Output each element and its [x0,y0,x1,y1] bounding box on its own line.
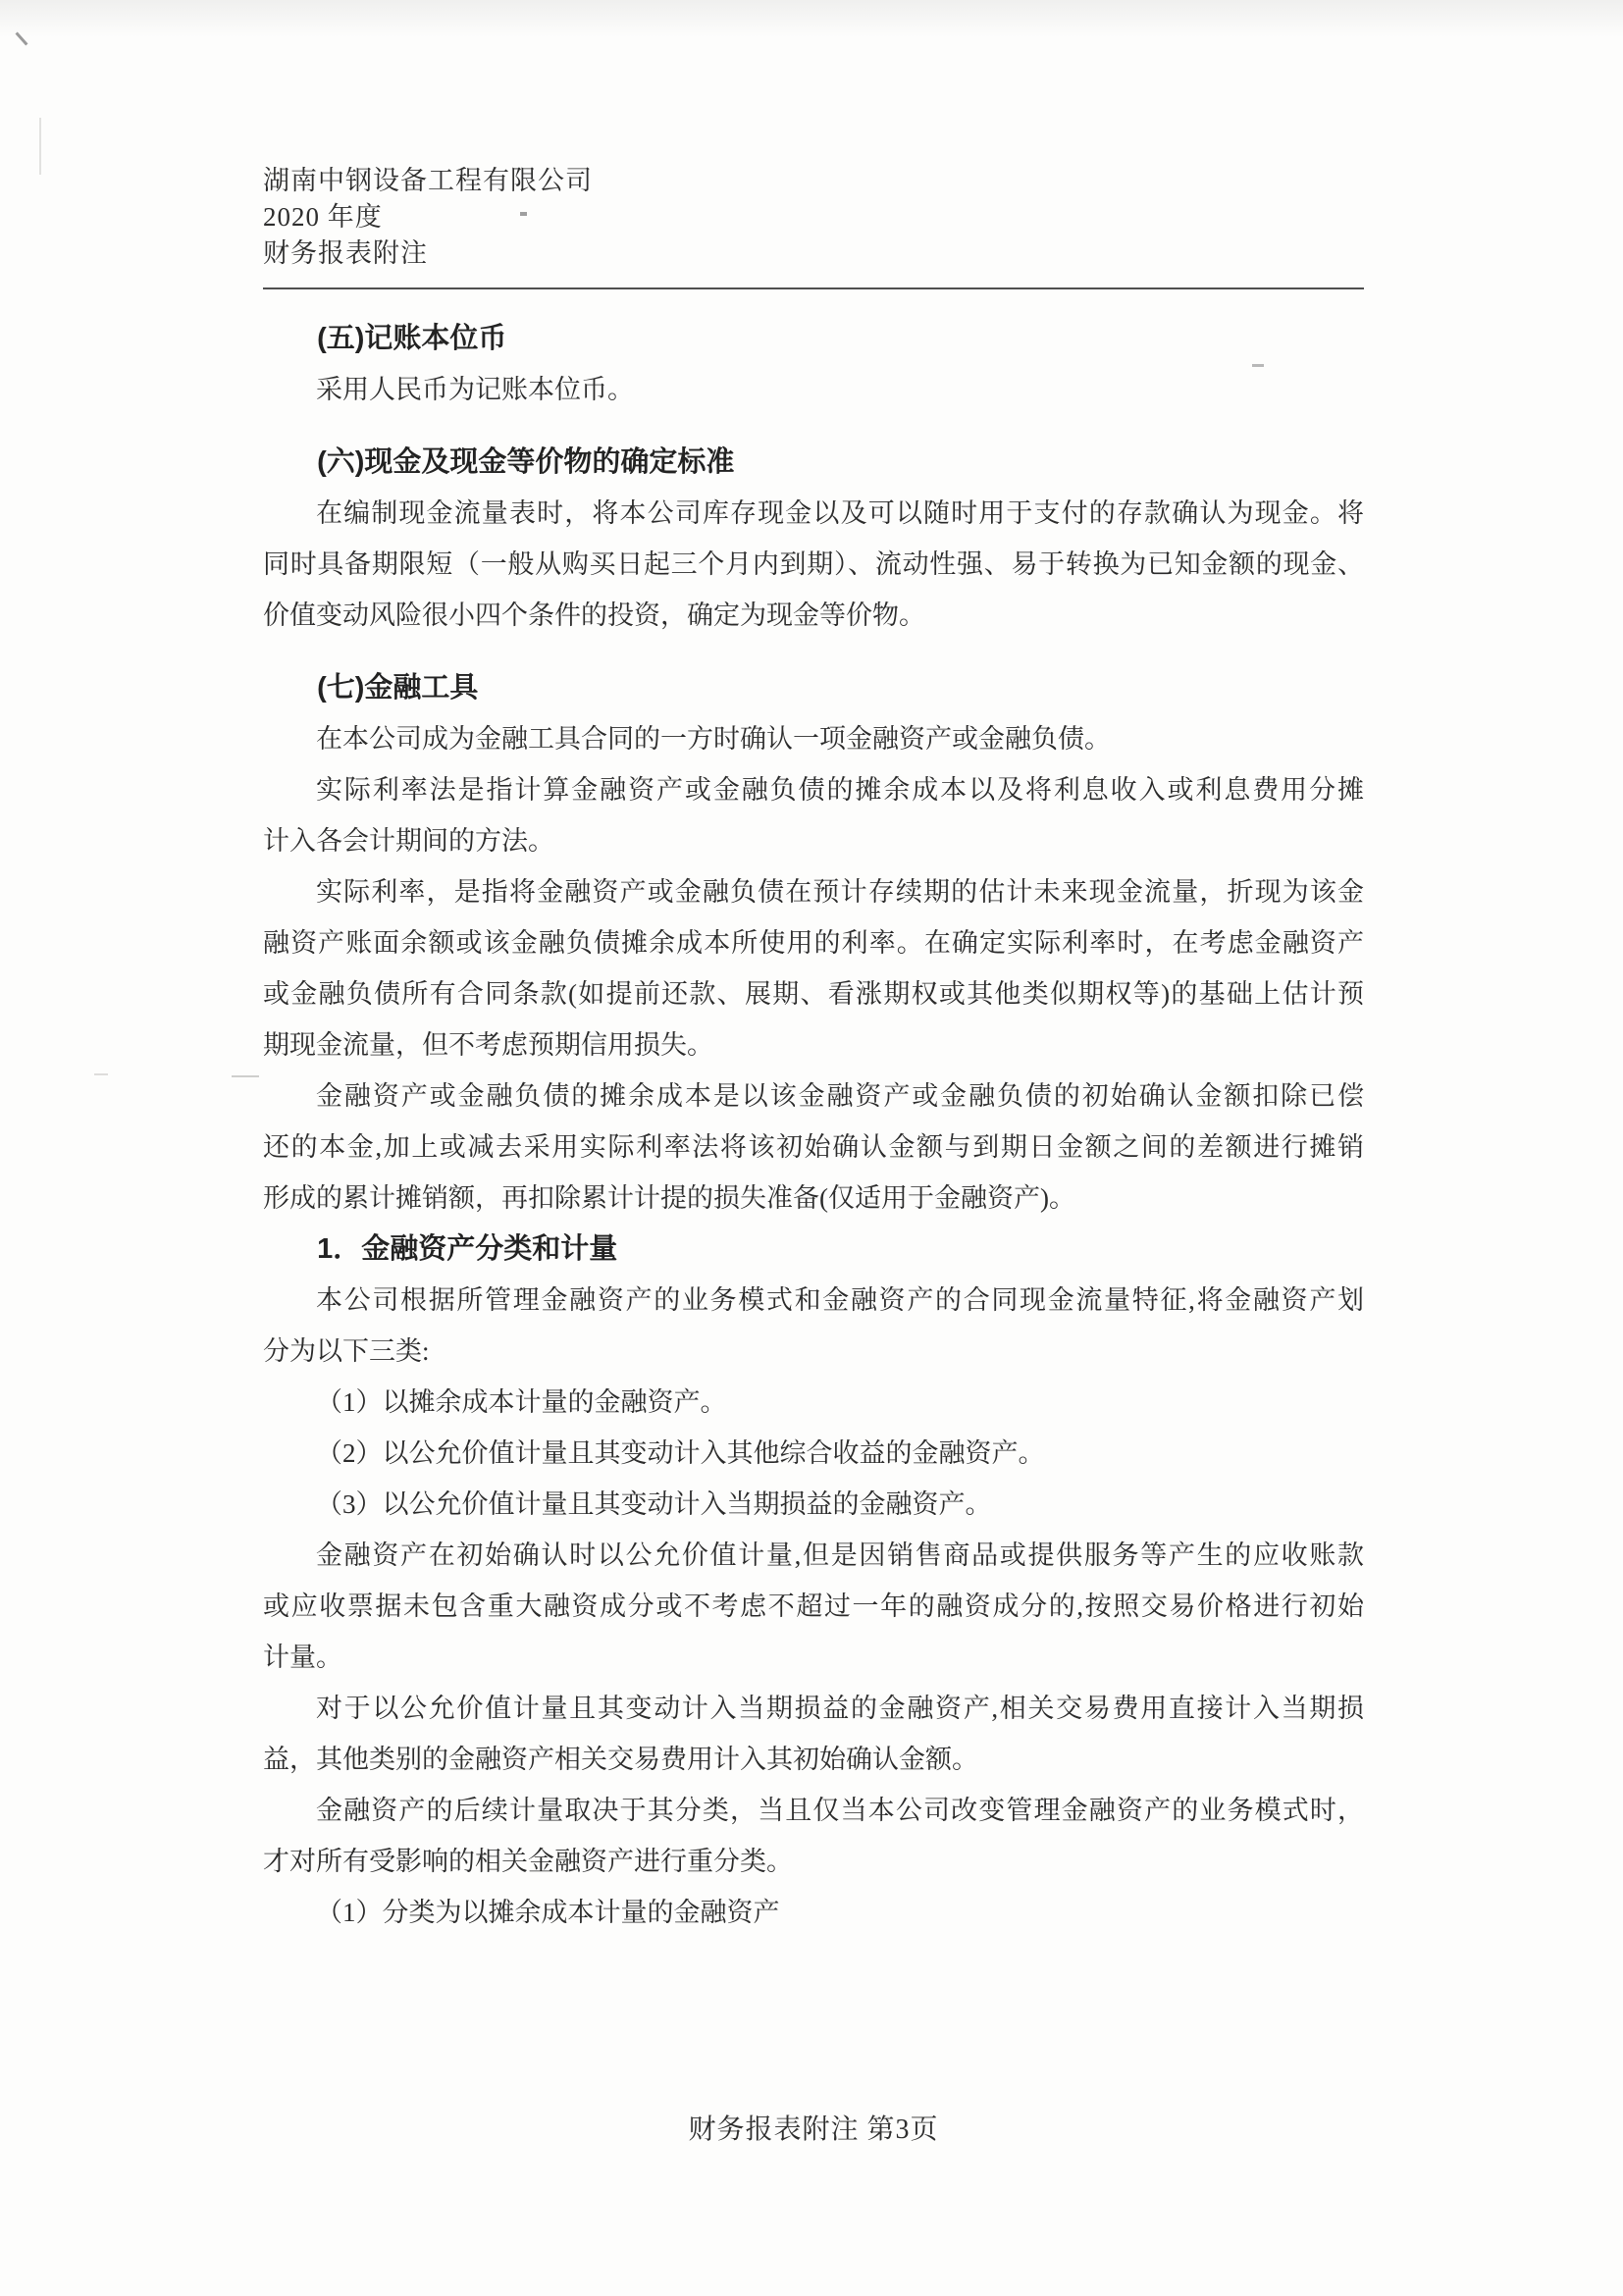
text-line: 在本公司成为金融工具合同的一方时确认一项金融资产或金融负债。 [263,713,1364,764]
text-line: 金融资产的后续计量取决于其分类，当且仅当本公司改变管理金融资产的业务模式时， [263,1785,1364,1836]
text-line: 实际利率，是指将金融资产或金融负债在预计存续期的估计未来现金流量，折现为该金 [263,866,1364,917]
text-line: 实际利率法是指计算金融资产或金融负债的摊余成本以及将利息收入或利息费用分摊 [263,764,1364,815]
text-line: 益，其他类别的金融资产相关交易费用计入其初始确认金额。 [263,1734,1364,1785]
report-year: 2020 年度 [263,199,1364,235]
section-heading: (六)现金及现金等价物的确定标准 [263,437,1364,488]
company-name: 湖南中钢设备工程有限公司 [263,163,1364,199]
text-line: 计入各会计期间的方法。 [263,815,1364,866]
document-header: 湖南中钢设备工程有限公司 2020 年度 财务报表附注 [263,0,1364,272]
scan-speck [232,1075,259,1077]
text-line: 或金融负债所有合同条款(如提前还款、展期、看涨期权或其他类似期权等)的基础上估计… [263,968,1364,1019]
text-line: 形成的累计摊销额，再扣除累计计提的损失准备(仅适用于金融资产)。 [263,1173,1364,1224]
text-line: 或应收票据未包含重大融资成分或不考虑不超过一年的融资成分的,按照交易价格进行初始 [263,1581,1364,1632]
sub-heading: 1．金融资产分类和计量 [263,1224,1364,1275]
list-item: （1）分类为以摊余成本计量的金融资产 [263,1887,1364,1938]
text-line: 金融资产或金融负债的摊余成本是以该金融资产或金融负债的初始确认金额扣除已偿 [263,1070,1364,1122]
section-heading: (五)记账本位币 [263,313,1364,364]
scanned-page: { "header": { "company": "湖南中钢设备工程有限公司",… [0,0,1623,2296]
text-line: 融资产账面余额或该金融负债摊余成本所使用的利率。在确定实际利率时，在考虑金融资产 [263,917,1364,968]
list-item: （3）以公允价值计量且其变动计入当期损益的金融资产。 [263,1479,1364,1530]
text-line: 对于以公允价值计量且其变动计入当期损益的金融资产,相关交易费用直接计入当期损 [263,1683,1364,1734]
list-item: （2）以公允价值计量且其变动计入其他综合收益的金融资产。 [263,1428,1364,1479]
text-line: 还的本金,加上或减去采用实际利率法将该初始确认金额与到期日金额之间的差额进行摊销 [263,1122,1364,1173]
page-footer: 财务报表附注 第3页 [263,2110,1364,2151]
scan-speck [94,1073,108,1075]
text-line: 期现金流量，但不考虑预期信用损失。 [263,1019,1364,1070]
document-body: (五)记账本位币 采用人民币为记账本位币。 (六)现金及现金等价物的确定标准 在… [263,313,1364,1938]
text-line: 本公司根据所管理金融资产的业务模式和金融资产的合同现金流量特征,将金融资产划 [263,1275,1364,1326]
text-line: 价值变动风险很小四个条件的投资，确定为现金等价物。 [263,590,1364,641]
text-line: 计量。 [263,1632,1364,1683]
text-line: 同时具备期限短（一般从购买日起三个月内到期）、流动性强、易于转换为已知金额的现金… [263,539,1364,590]
text-line: 才对所有受影响的相关金融资产进行重分类。 [263,1836,1364,1887]
page-content: 湖南中钢设备工程有限公司 2020 年度 财务报表附注 (五)记账本位币 采用人… [263,0,1364,1938]
text-line: 分为以下三类: [263,1326,1364,1377]
text-line: 采用人民币为记账本位币。 [263,364,1364,415]
list-item: （1）以摊余成本计量的金融资产。 [263,1377,1364,1428]
section-heading: (七)金融工具 [263,662,1364,713]
text-line: 在编制现金流量表时，将本公司库存现金以及可以随时用于支付的存款确认为现金。将 [263,488,1364,539]
document-title: 财务报表附注 [263,235,1364,272]
text-line: 金融资产在初始确认时以公允价值计量,但是因销售商品或提供服务等产生的应收账款 [263,1530,1364,1581]
scan-speck [39,118,41,175]
header-rule [263,287,1364,289]
